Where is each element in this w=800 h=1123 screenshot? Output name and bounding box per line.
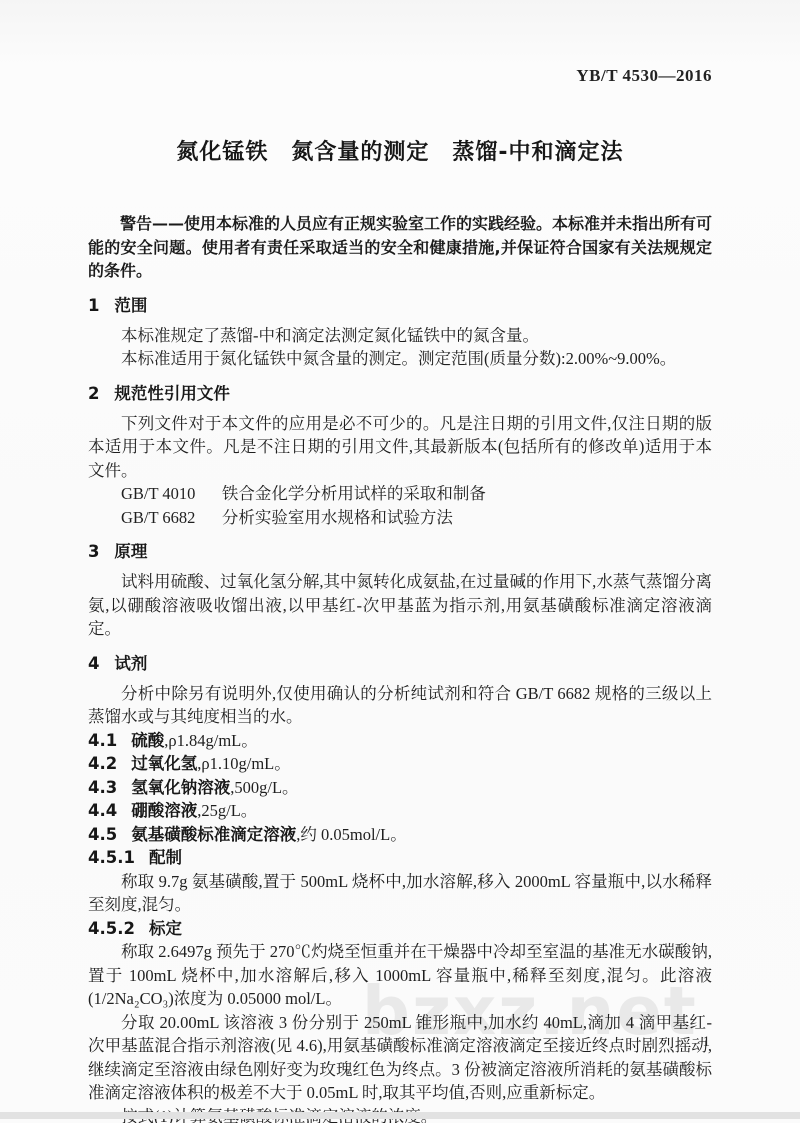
- reference-code: GB/T 6682: [121, 508, 195, 527]
- clause-value: ,ρ1.84g/mL。: [164, 731, 257, 750]
- clause-number: 4.2: [88, 754, 117, 773]
- document-title: 氮化锰铁 氮含量的测定 蒸馏-中和滴定法: [88, 138, 712, 168]
- section-4-paragraph-1: 分析中除另有说明外,仅使用确认的分析纯试剂和符合 GB/T 6682 规格的三级…: [88, 682, 712, 729]
- clause-value: ,ρ1.10g/mL。: [197, 754, 290, 773]
- section-2-heading: 2规范性引用文件: [88, 382, 712, 406]
- reference-title: 铁合金化学分析用试样的采取和制备: [222, 484, 486, 503]
- clause-number: 4.5.2: [88, 919, 135, 938]
- clause-value: ,500g/L。: [230, 778, 298, 797]
- clause-4-5-1-paragraph: 称取 9.7g 氨基磺酸,置于 500mL 烧杯中,加水溶解,移入 2000mL…: [88, 870, 712, 917]
- clause-label: 硫酸: [131, 731, 164, 750]
- clause-number: 4.5.1: [88, 848, 135, 867]
- reference-code: GB/T 4010: [121, 484, 195, 503]
- warning-paragraph: 警告——使用本标准的人员应有正规实验室工作的实践经验。本标准并未指出所有可能的安…: [88, 212, 712, 283]
- normative-reference-1: GB/T 4010铁合金化学分析用试样的采取和制备: [88, 482, 712, 506]
- section-number: 4: [88, 654, 99, 673]
- section-title: 范围: [114, 296, 147, 315]
- clause-4-5-2-paragraph-2: 分取 20.00mL 该溶液 3 份分别于 250mL 锥形瓶中,加水约 40m…: [88, 1011, 712, 1105]
- section-title: 规范性引用文件: [114, 384, 230, 403]
- page-number: 1: [703, 1034, 711, 1051]
- scanned-standard-page: bzxz.net YB/T 4530—2016 氮化锰铁 氮含量的测定 蒸馏-中…: [0, 0, 800, 1123]
- clause-number: 4.5: [88, 825, 117, 844]
- clause-4-5-2-heading: 4.5.2标定: [88, 917, 712, 941]
- clause-4-5-2-paragraph-1: 称取 2.6497g 预先于 270℃灼烧至恒重并在干燥器中冷却至室温的基准无水…: [88, 940, 712, 1011]
- clause-4-5-1-heading: 4.5.1配制: [88, 846, 712, 870]
- section-1-heading: 1范围: [88, 294, 712, 318]
- normative-reference-2: GB/T 6682分析实验室用水规格和试验方法: [88, 506, 712, 530]
- section-1-paragraph-2: 本标准适用于氮化锰铁中氮含量的测定。测定范围(质量分数):2.00%~9.00%…: [88, 347, 712, 371]
- clause-value: ,约 0.05mol/L。: [296, 825, 406, 844]
- section-3-heading: 3原理: [88, 540, 712, 564]
- section-number: 2: [88, 384, 99, 403]
- clause-4-3: 4.3氢氧化钠溶液,500g/L。: [88, 776, 712, 800]
- clause-number: 4.4: [88, 801, 117, 820]
- clause-number: 4.1: [88, 731, 117, 750]
- section-4-heading: 4试剂: [88, 652, 712, 676]
- clause-number: 4.3: [88, 778, 117, 797]
- clause-label: 过氧化氢: [131, 754, 197, 773]
- scan-edge-artifact: [0, 1112, 800, 1119]
- document-body: 氮化锰铁 氮含量的测定 蒸馏-中和滴定法 警告——使用本标准的人员应有正规实验室…: [88, 138, 712, 1123]
- standard-number: YB/T 4530—2016: [576, 66, 712, 86]
- section-title: 原理: [114, 542, 147, 561]
- clause-label: 氢氧化钠溶液: [131, 778, 230, 797]
- clause-label: 硼酸溶液: [131, 801, 197, 820]
- section-1-paragraph-1: 本标准规定了蒸馏-中和滴定法测定氮化锰铁中的氮含量。: [88, 324, 712, 348]
- clause-4-1: 4.1硫酸,ρ1.84g/mL。: [88, 729, 712, 753]
- section-number: 3: [88, 542, 99, 561]
- section-2-paragraph-1: 下列文件对于本文件的应用是必不可少的。凡是注日期的引用文件,仅注日期的版本适用于…: [88, 412, 712, 483]
- clause-4-2: 4.2过氧化氢,ρ1.10g/mL。: [88, 752, 712, 776]
- clause-label: 氨基磺酸标准滴定溶液: [131, 825, 296, 844]
- clause-value: ,25g/L。: [197, 801, 257, 820]
- section-number: 1: [88, 296, 99, 315]
- clause-4-4: 4.4硼酸溶液,25g/L。: [88, 799, 712, 823]
- clause-title: 标定: [149, 919, 182, 938]
- section-3-paragraph-1: 试料用硫酸、过氧化氢分解,其中氮转化成氨盐,在过量碱的作用下,水蒸气蒸馏分离氨,…: [88, 570, 712, 641]
- reference-title: 分析实验室用水规格和试验方法: [222, 508, 453, 527]
- clause-title: 配制: [149, 848, 182, 867]
- clause-4-5: 4.5氨基磺酸标准滴定溶液,约 0.05mol/L。: [88, 823, 712, 847]
- section-title: 试剂: [114, 654, 147, 673]
